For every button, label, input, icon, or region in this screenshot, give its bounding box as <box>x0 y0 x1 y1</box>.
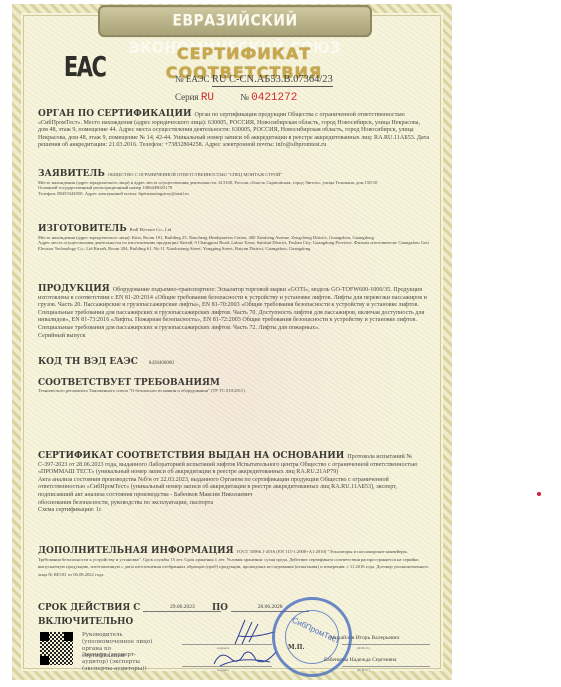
series-line: Серия RU № 0421272 <box>175 92 297 104</box>
series-value: RU <box>201 92 214 104</box>
validity-to-label: ПО <box>212 603 228 613</box>
tn-ved-value: 8428400000 <box>149 361 174 366</box>
basis-label: СЕРТИФИКАТ СООТВЕТСТВИЯ ВЫДАН НА ОСНОВАН… <box>38 451 344 461</box>
eac-logo: ЕАС <box>64 50 106 83</box>
expert-name-line <box>342 666 430 667</box>
complies-text: Технического регламента Таможенного союз… <box>38 388 430 394</box>
qr-code[interactable] <box>40 632 73 665</box>
series-label: Серия <box>175 92 199 102</box>
manufacturer-production: Адрес места осуществления деятельности п… <box>38 240 430 252</box>
certification-body-section: ОРГАН ПО СЕРТИФИКАЦИИОрган по сертификац… <box>38 111 430 150</box>
complies-label: СООТВЕТСТВУЕТ ТРЕБОВАНИЯМ <box>38 380 427 388</box>
manufacturer-section: ИЗГОТОВИТЕЛЬRedl Elevator Co., Ltd Место… <box>38 226 430 252</box>
validity-from: СРОК ДЕЙСТВИЯ С 29.06.2023 ВКЛЮЧИТЕЛЬНО <box>38 601 221 629</box>
product-label: ПРОДУКЦИЯ <box>38 284 110 294</box>
tn-ved-section: КОД ТН ВЭД ЕАЭС8428400000 <box>38 359 430 368</box>
manufacturer-label: ИЗГОТОВИТЕЛЬ <box>38 224 127 234</box>
applicant-contacts: Телефон: 88453344050. Адрес электронной … <box>38 191 430 197</box>
product-section: ПРОДУКЦИЯОборудование подъемно-транспорт… <box>38 286 430 340</box>
product-release: Серийный выпуск <box>38 333 430 341</box>
form-number-label: № <box>240 92 249 102</box>
form-number-value: 0421272 <box>251 92 297 104</box>
applicant-label: ЗАЯВИТЕЛЬ <box>38 169 105 179</box>
basis-section: СЕРТИФИКАТ СООТВЕТСТВИЯ ВЫДАН НА ОСНОВАН… <box>38 453 430 515</box>
certification-scheme: Схема сертификации: 1с <box>38 507 430 515</box>
union-banner: ЕВРАЗИЙСКИЙ ЭКОНОМИЧЕСКИЙ СОЮЗ <box>98 5 372 37</box>
tn-ved-label: КОД ТН ВЭД ЕАЭС <box>38 357 138 367</box>
certificate-number: № ЕАЭС RU C-CN.АБ53.В.07364/23 <box>175 74 333 85</box>
manufacturer-name: Redl Elevator Co., Ltd <box>130 227 172 232</box>
red-marker-dot <box>537 492 541 496</box>
expert-signature-icon <box>210 646 280 670</box>
additional-info-section: ДОПОЛНИТЕЛЬНАЯ ИНФОРМАЦИЯГОСТ 33966.1-20… <box>38 548 430 579</box>
applicant-name: ОБЩЕСТВО С ОГРАНИЧЕННОЙ ОТВЕТСТВЕННОСТЬЮ… <box>108 172 282 177</box>
head-name-line <box>342 644 430 645</box>
validity-inclusive: ВКЛЮЧИТЕЛЬНО <box>38 615 221 629</box>
basis-text-2: Акта анализа состояния производства №б/н… <box>38 477 430 500</box>
footer-strip <box>198 682 288 685</box>
validity-from-date: 29.06.2023 <box>143 603 221 612</box>
certificate-number-label: № ЕАЭС <box>175 74 210 84</box>
seal-label: М.П. <box>288 644 305 651</box>
validity-label: СРОК ДЕЙСТВИЯ С <box>38 603 140 613</box>
name-caption: (Ф.И.О.) <box>357 646 370 650</box>
applicant-section: ЗАЯВИТЕЛЬОБЩЕСТВО С ОГРАНИЧЕННОЙ ОТВЕТСТ… <box>38 171 430 197</box>
name-caption: (Ф.И.О.) <box>357 668 370 672</box>
certificate-number-value: RU C-CN.АБ53.В.07364/23 <box>212 74 333 87</box>
additional-info-label: ДОПОЛНИТЕЛЬНАЯ ИНФОРМАЦИЯ <box>38 546 234 556</box>
expert-signature-label: Эксперт (эксперт-аудитор) (эксперты (экс… <box>82 652 154 673</box>
complies-section: СООТВЕТСТВУЕТ ТРЕБОВАНИЯМ Технического р… <box>38 380 430 393</box>
certification-body-label: ОРГАН ПО СЕРТИФИКАЦИИ <box>38 109 192 119</box>
certificate-document: ЕВРАЗИЙСКИЙ ЭКОНОМИЧЕСКИЙ СОЮЗ ЕАС СЕРТИ… <box>12 4 452 680</box>
